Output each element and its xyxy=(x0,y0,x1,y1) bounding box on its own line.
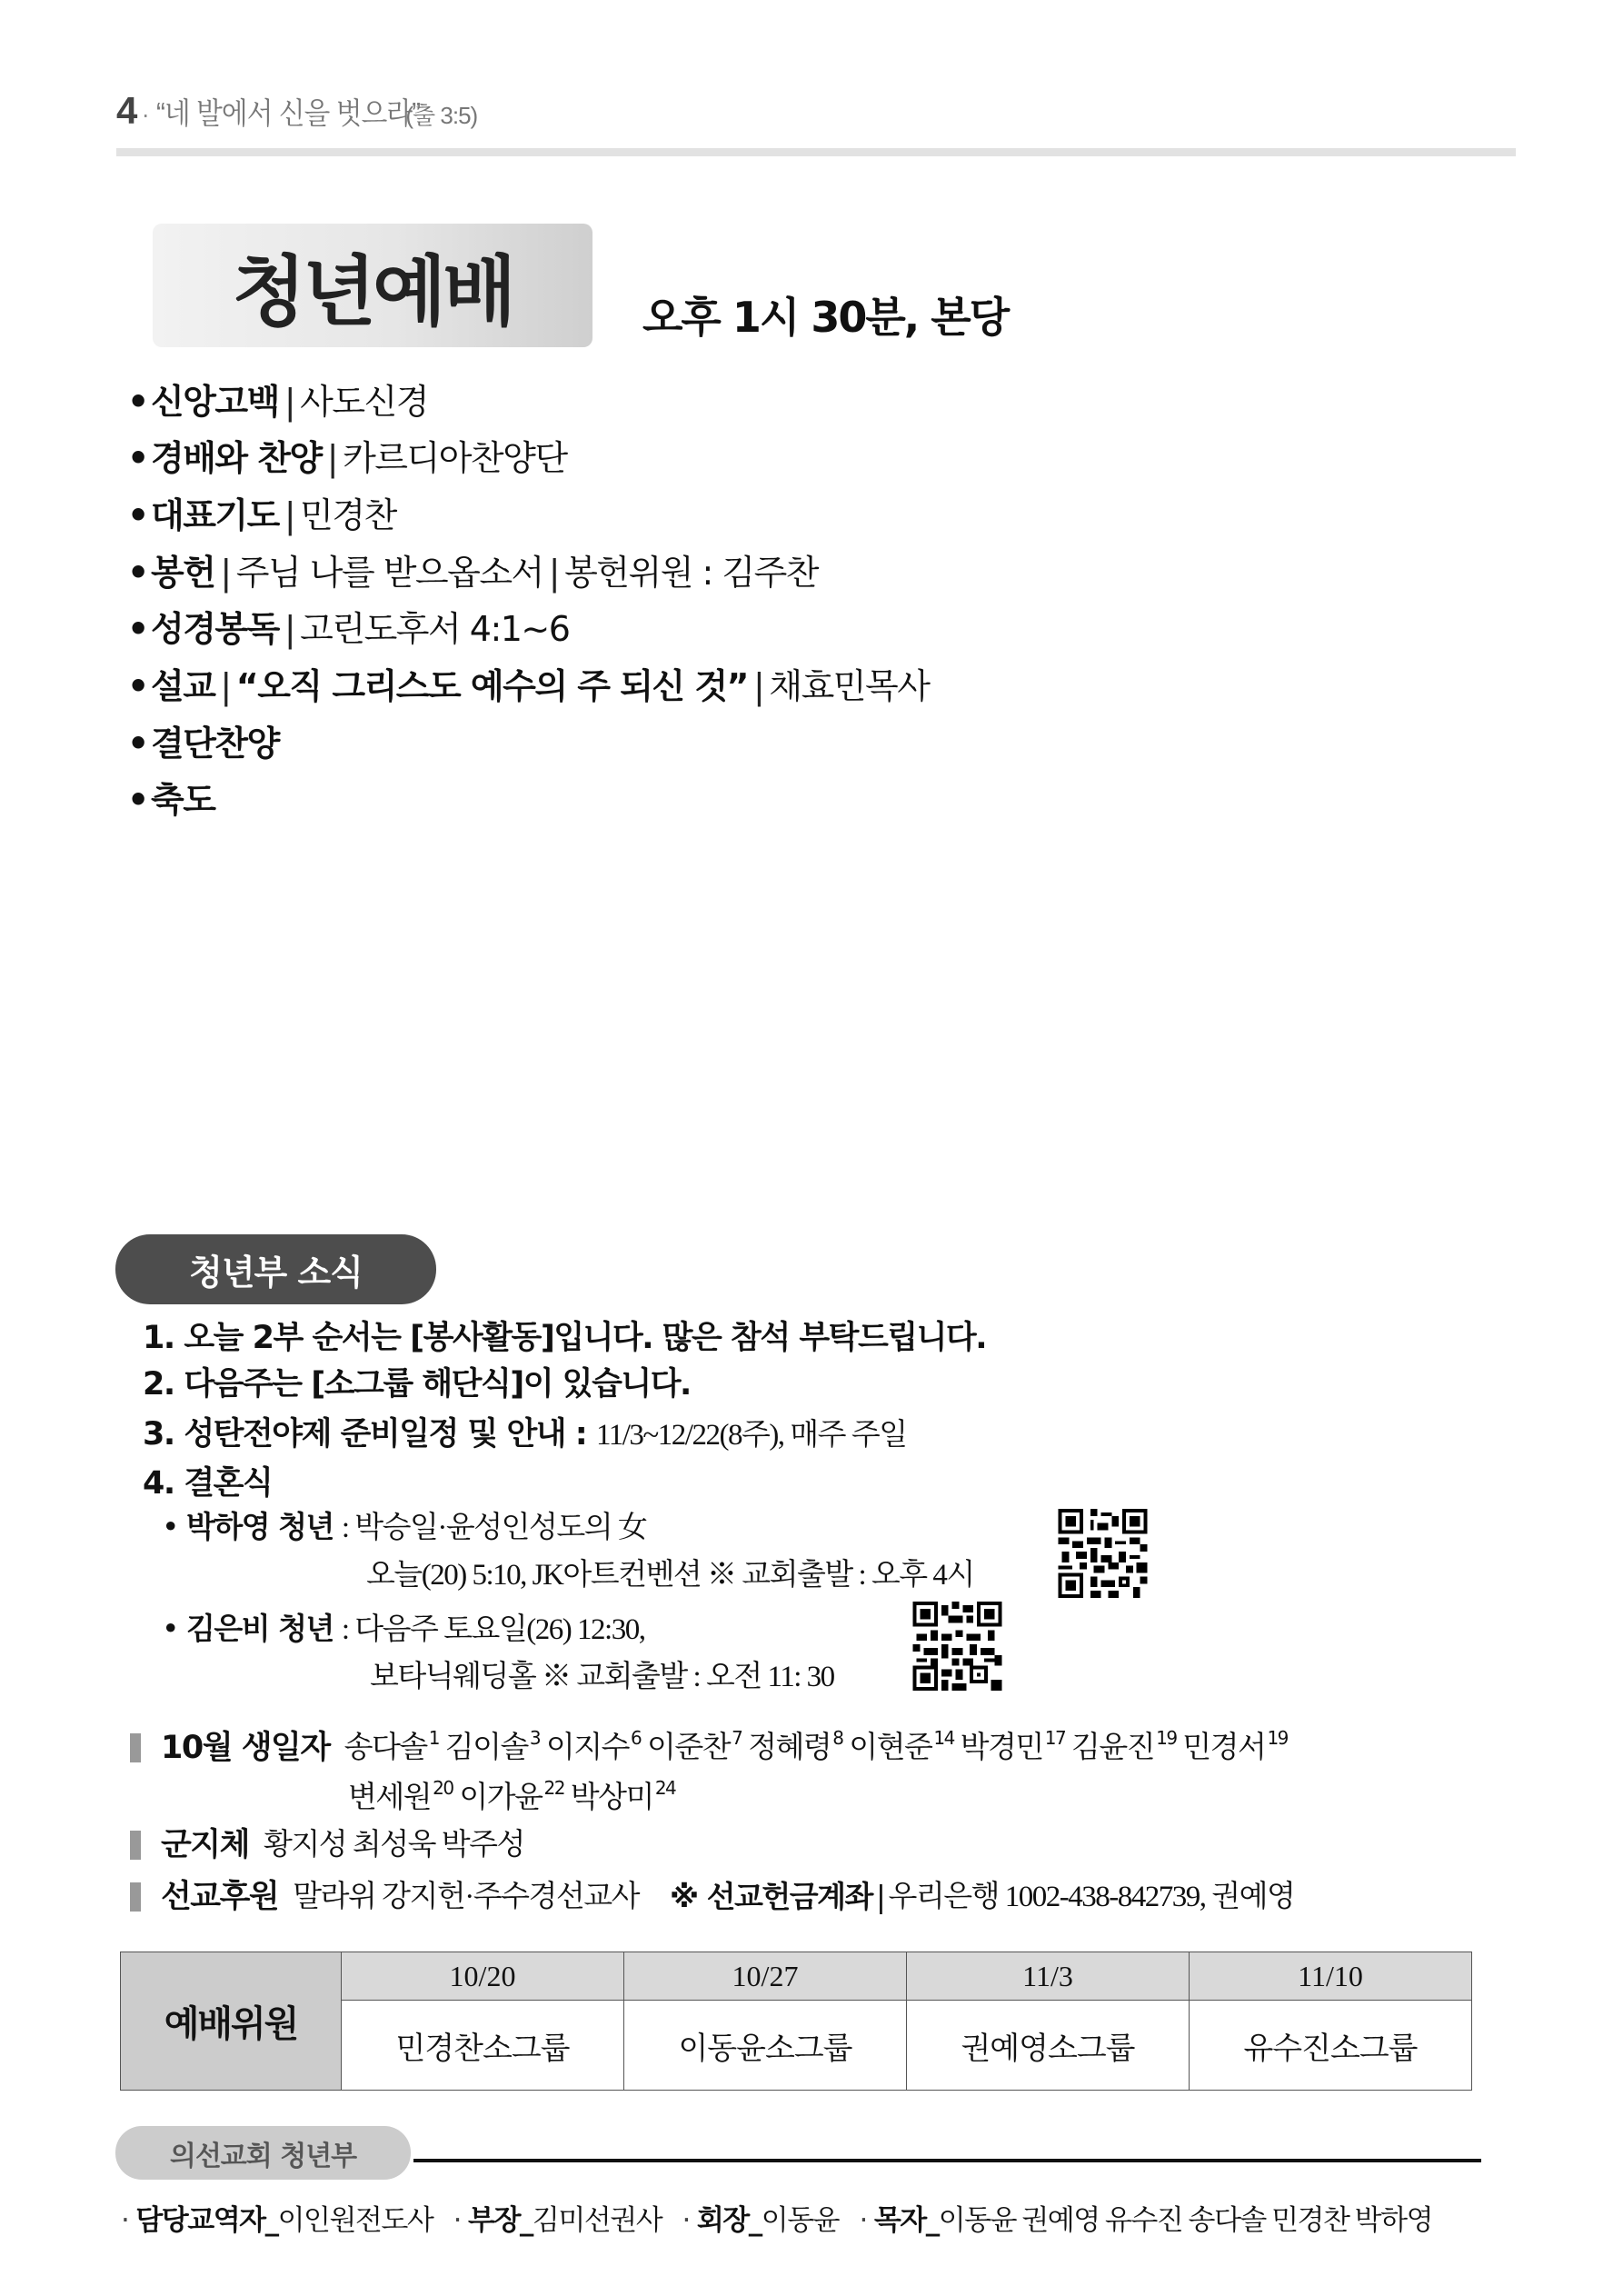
section-marker xyxy=(130,1831,141,1860)
section-marker xyxy=(130,1733,141,1762)
bullet-icon: • xyxy=(127,666,151,706)
wedding-2-line-1: • 김은비 청년 : 다음주 토요일(26) 12:30, xyxy=(162,1609,644,1650)
staff-name: 이동윤 xyxy=(762,2204,839,2236)
staff-role: 담당교역자_ xyxy=(135,2204,277,2237)
bullet-icon: • xyxy=(127,495,151,535)
duty-group: 이동윤소그룹 xyxy=(624,2001,907,2091)
dot-icon: · xyxy=(682,2204,690,2237)
order-extra: 봉헌위원 : 김주찬 xyxy=(564,553,818,593)
dot-icon: · xyxy=(859,2204,866,2237)
birthdays-row-continued: 변세원20 이가윤22 박상미24 xyxy=(348,1778,675,1818)
section-marker xyxy=(130,1882,141,1912)
order-label: 신앙고백 xyxy=(151,382,279,422)
order-value: 고린도후서 4:1~6 xyxy=(300,609,569,649)
wedding-1-line-2: 오늘(20) 5:10, JK아트컨벤션 ※ 교회출발 : 오후 4시 xyxy=(366,1555,974,1595)
order-item-benediction: •축도 xyxy=(127,780,214,820)
birthdays-list-line-2: 변세원20 이가윤22 박상미24 xyxy=(348,1778,675,1818)
order-item-creed: •신앙고백|사도신경 xyxy=(127,382,428,422)
service-time-place: 오후 1시 30분, 본당 xyxy=(642,285,1008,344)
separator: | xyxy=(284,609,294,649)
mission-value: 말라위 강지헌·주수경선교사 xyxy=(293,1877,639,1917)
order-item-response-song: •결단찬양 xyxy=(127,724,279,764)
header-divider xyxy=(116,148,1516,156)
qr-code-icon[interactable] xyxy=(1058,1509,1148,1598)
staff-name: 김미선권사 xyxy=(533,2204,662,2236)
duty-table: 예배위원 10/20 10/27 11/3 11/10 민경찬소그룹 이동윤소그… xyxy=(120,1952,1472,2091)
news-heading: 청년부 소식 xyxy=(189,1244,363,1294)
order-value: 주님 나를 받으옵소서 xyxy=(236,553,543,593)
separator: | xyxy=(549,553,559,593)
wedding-1-parents: : 박승일·윤성인성도의 女 xyxy=(342,1512,647,1544)
dot-icon: · xyxy=(121,2204,128,2237)
wedding-2-line-2: 보타닉웨딩홀 ※ 교회출발 : 오전 11: 30 xyxy=(370,1657,834,1697)
order-item-prayer: •대표기도|민경찬 xyxy=(127,495,396,535)
separator: | xyxy=(753,666,763,706)
wedding-1-name: 박하영 청년 xyxy=(186,1509,334,1544)
news-item-4: 4. 결혼식 xyxy=(143,1463,272,1503)
military-label: 군지체 xyxy=(161,1825,249,1865)
header-quote: “네 발에서 신을 벗으라” xyxy=(156,90,420,133)
staff-name: 이동윤 권예영 유수진 송다솔 민경찬 박하영 xyxy=(939,2204,1432,2236)
duty-table-label: 예배위원 xyxy=(121,1952,342,2091)
wedding-1-line-1: • 박하영 청년 : 박승일·윤성인성도의 女 xyxy=(162,1507,646,1548)
duty-group: 권예영소그룹 xyxy=(907,2001,1190,2091)
news-item-3-detail: 11/3~12/22(8주), 매주 주일 xyxy=(596,1419,907,1452)
military-value: 황지성 최성욱 박주성 xyxy=(264,1825,524,1865)
bullet-icon: • xyxy=(127,780,151,820)
wedding-2-name: 김은비 청년 xyxy=(186,1611,334,1646)
news-item-1: 1. 오늘 2부 순서는 [봉사활동]입니다. 많은 참석 부탁드립니다. xyxy=(143,1318,986,1358)
news-item-3-title: 3. 성탄전야제 준비일정 및 안내 : xyxy=(143,1416,596,1452)
order-value: 민경찬 xyxy=(300,495,396,535)
order-item-scripture: •성경봉독|고린도후서 4:1~6 xyxy=(127,609,569,649)
order-label: 결단찬양 xyxy=(151,724,279,764)
birthdays-label: 10월 생일자 xyxy=(161,1728,330,1768)
order-item-worship: •경배와 찬양|카르디아찬양단 xyxy=(127,438,567,478)
footer-divider xyxy=(413,2159,1481,2162)
duty-date: 10/27 xyxy=(624,1952,907,2001)
separator: | xyxy=(876,1877,885,1917)
duty-group: 유수진소그룹 xyxy=(1190,2001,1472,2091)
footer-staff: ·담당교역자_이인원전도사 ·부장_김미선권사 ·회장_이동윤 ·목자_이동윤 … xyxy=(121,2197,1432,2238)
preacher: 채효민목사 xyxy=(769,666,929,706)
staff-name: 이인원전도사 xyxy=(278,2204,433,2236)
order-item-sermon: •설교|“오직 그리스도 예수의 주 되신 것”|채효민목사 xyxy=(127,666,929,706)
footer-org-pill: 의선교회 청년부 xyxy=(115,2126,411,2180)
bullet-icon: • xyxy=(162,1611,178,1646)
duty-group: 민경찬소그룹 xyxy=(342,2001,624,2091)
separator: | xyxy=(220,666,230,706)
mission-account-label: ※ 선교헌금계좌 xyxy=(670,1877,872,1917)
order-label: 성경봉독 xyxy=(151,609,279,649)
order-label: 봉헌 xyxy=(151,553,214,593)
order-item-offering: •봉헌|주님 나를 받으옵소서|봉헌위원 : 김주찬 xyxy=(127,553,818,593)
staff-role: 부장_ xyxy=(468,2204,533,2237)
separator: | xyxy=(284,382,294,422)
service-title-box: 청년예배 xyxy=(153,224,592,347)
order-label: 축도 xyxy=(151,780,214,820)
duty-date: 11/3 xyxy=(907,1952,1190,2001)
page-header: 4 · “네 발에서 신을 벗으라” (출 3:5) xyxy=(116,89,477,135)
news-item-2: 2. 다음주는 [소그룹 해단식]이 있습니다. xyxy=(143,1364,691,1404)
bullet-icon: • xyxy=(127,438,151,478)
order-label: 경배와 찬양 xyxy=(151,438,322,478)
bullet-icon: • xyxy=(127,553,151,593)
dot-icon: · xyxy=(453,2204,461,2237)
duty-date: 11/10 xyxy=(1190,1952,1472,2001)
news-heading-pill: 청년부 소식 xyxy=(115,1234,436,1304)
military-row: 군지체 황지성 최성욱 박주성 xyxy=(130,1825,524,1865)
sermon-title: “오직 그리스도 예수의 주 되신 것” xyxy=(236,666,748,706)
news-item-3: 3. 성탄전야제 준비일정 및 안내 : 11/3~12/22(8주), 매주 … xyxy=(143,1414,907,1455)
bullet-icon: • xyxy=(127,609,151,649)
mission-label: 선교후원 xyxy=(161,1877,278,1917)
wedding-2-date: : 다음주 토요일(26) 12:30, xyxy=(342,1613,645,1646)
bullet-icon: • xyxy=(162,1509,178,1544)
staff-role: 목자_ xyxy=(874,2204,939,2237)
separator: | xyxy=(220,553,230,593)
staff-role: 회장_ xyxy=(697,2204,762,2237)
mission-row: 선교후원 말라위 강지헌·주수경선교사 ※ 선교헌금계좌 | 우리은행 1002… xyxy=(130,1877,1294,1917)
separator: | xyxy=(327,438,337,478)
header-dot: · xyxy=(142,104,149,129)
page-number: 4 xyxy=(116,89,136,133)
separator: | xyxy=(284,495,294,535)
footer-org: 의선교회 청년부 xyxy=(170,2133,356,2173)
birthdays-list-line-1: 송다솔1 김이솔3 이지수6 이준찬7 정혜령8 이현준14 박경민17 김윤진… xyxy=(344,1728,1288,1768)
service-title: 청년예배 xyxy=(233,231,513,341)
order-label: 설교 xyxy=(151,666,214,706)
order-label: 대표기도 xyxy=(151,495,279,535)
order-value: 카르디아찬양단 xyxy=(343,438,566,478)
order-value: 사도신경 xyxy=(300,382,428,422)
bullet-icon: • xyxy=(127,382,151,422)
birthdays-row: 10월 생일자 송다솔1 김이솔3 이지수6 이준찬7 정혜령8 이현준14 박… xyxy=(130,1728,1288,1768)
duty-date: 10/20 xyxy=(342,1952,624,2001)
bullet-icon: • xyxy=(127,724,151,764)
mission-account-value: 우리은행 1002-438-842739, 권예영 xyxy=(889,1877,1295,1917)
qr-code-icon[interactable] xyxy=(912,1602,1002,1691)
